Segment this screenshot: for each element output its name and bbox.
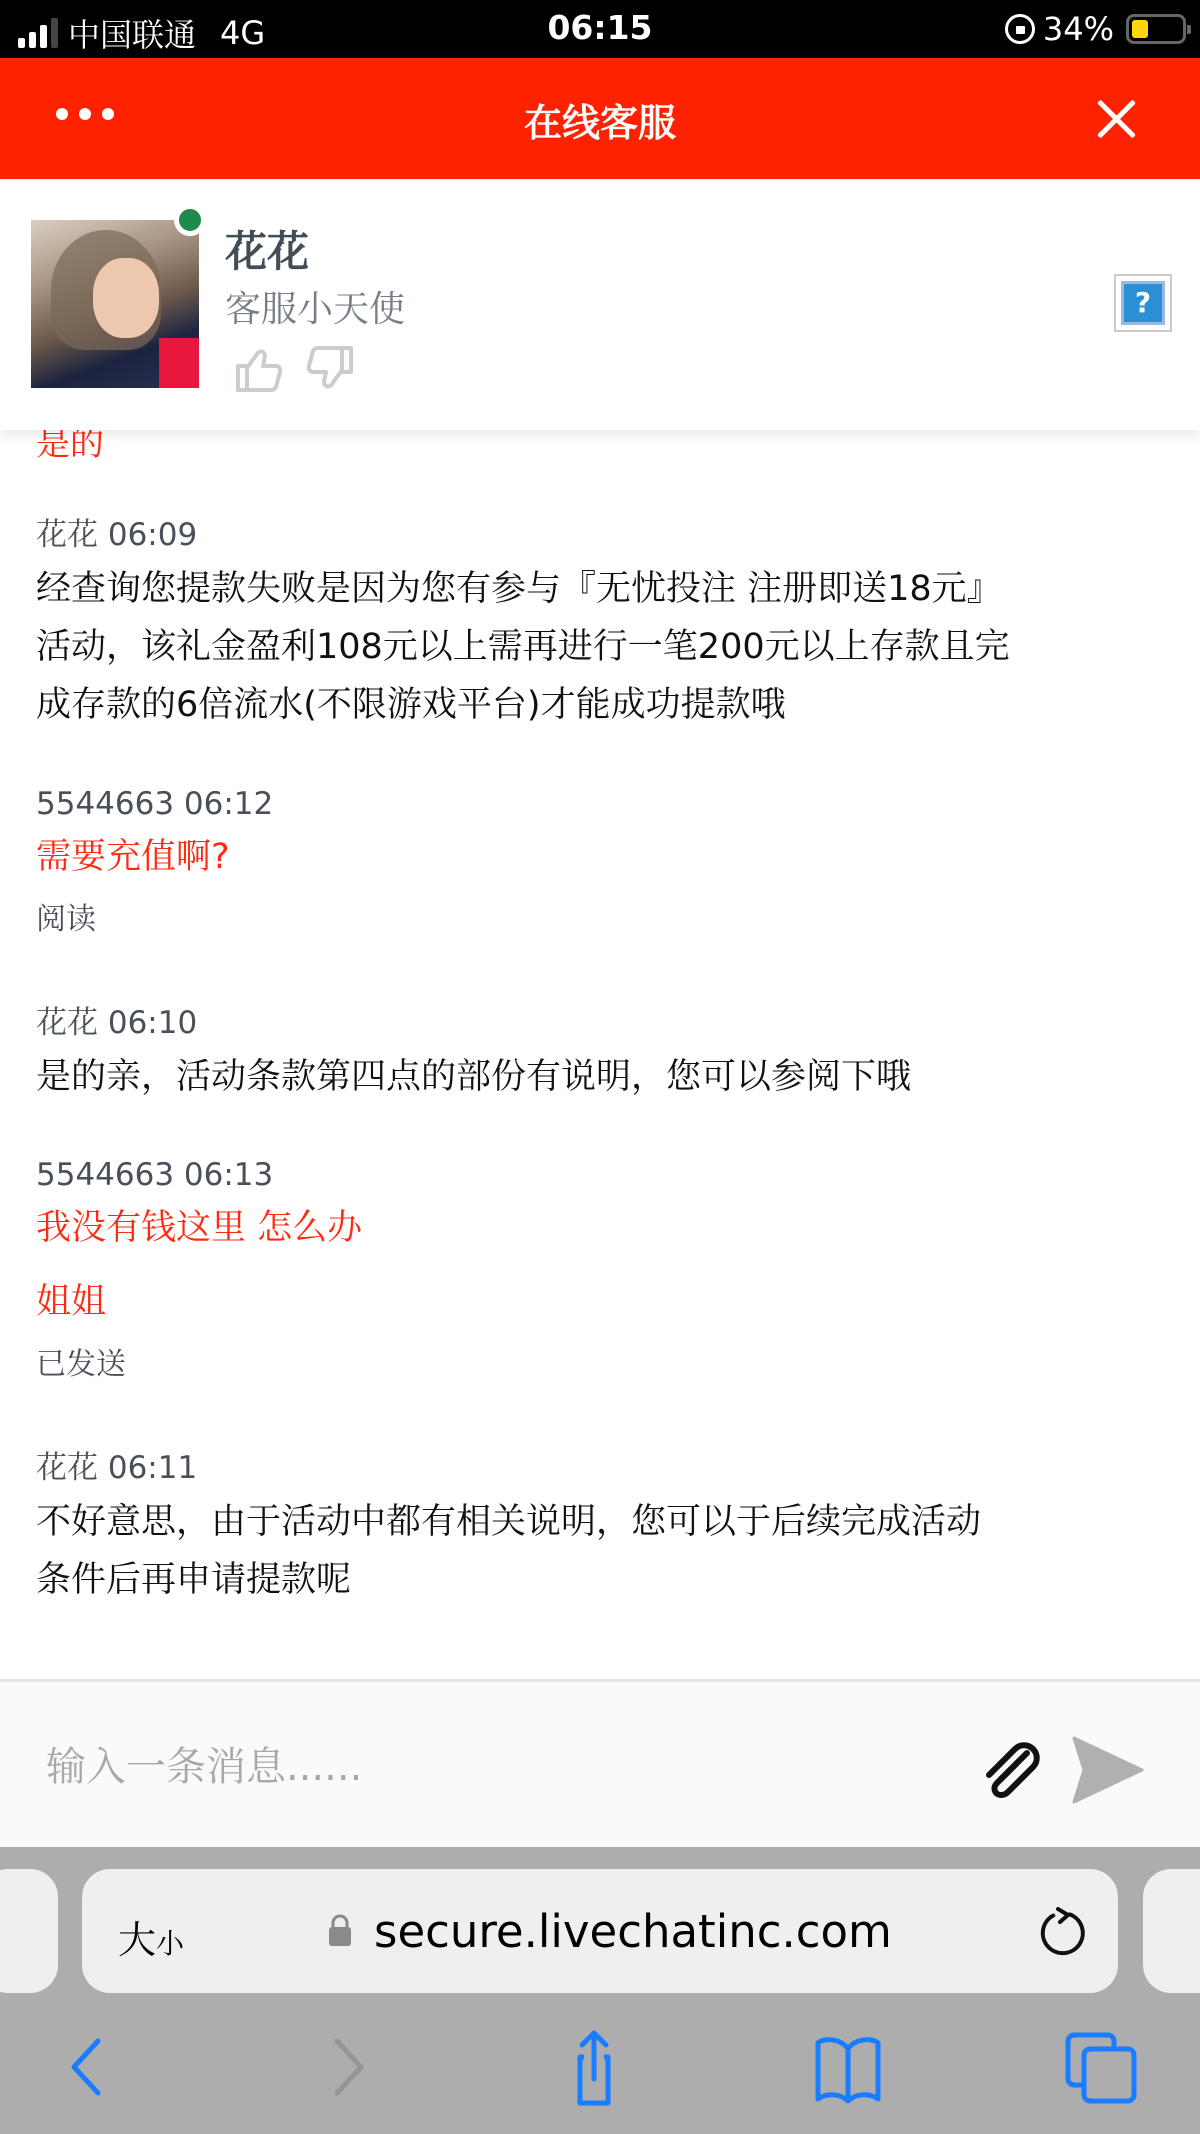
back-icon[interactable] [50, 2027, 130, 2107]
message-composer [0, 1679, 1200, 1847]
previous-tab-peek[interactable] [0, 1869, 58, 1993]
message-meta: 5544663 06:12 [36, 786, 1166, 822]
agent-profile-card: 花花 客服小天使 ? [0, 179, 1200, 430]
message-line: 姐姐 [36, 1273, 1166, 1331]
reload-icon[interactable] [1032, 1905, 1088, 1961]
message-meta: 花花 06:10 [36, 997, 1166, 1042]
message-line: 成存款的6倍流水(不限游戏平台)才能成功提款哦 [36, 676, 1166, 734]
message-line: 是的亲，活动条款第四点的部份有说明，您可以参阅下哦 [36, 1048, 1166, 1106]
lock-icon [328, 1913, 352, 1947]
message-visitor: 5544663 06:13 我没有钱这里 怎么办 姐姐 已发送 [36, 1157, 1166, 1383]
agent-name: 花花 [225, 219, 309, 279]
message-agent: 花花 06:11 不好意思，由于活动中都有相关说明，您可以于后续完成活动 条件后… [36, 1442, 1166, 1609]
help-icon: ? [1121, 281, 1165, 325]
header-title: 在线客服 [0, 92, 1200, 147]
paperclip-icon[interactable] [975, 1737, 1045, 1807]
share-icon[interactable] [554, 2027, 634, 2107]
close-icon[interactable] [1094, 96, 1140, 142]
browser-toolbar: 大小 secure.livechatinc.com [0, 1847, 1200, 2134]
bookmarks-icon[interactable] [808, 2027, 888, 2107]
message-agent: 花花 06:10 是的亲，活动条款第四点的部份有说明，您可以参阅下哦 [36, 997, 1166, 1106]
battery-percent: 34% [1043, 10, 1114, 48]
help-button[interactable]: ? [1114, 274, 1172, 332]
battery-icon [1126, 14, 1186, 44]
message-line: 需要充值啊? [36, 828, 1166, 886]
address-bar[interactable]: 大小 secure.livechatinc.com [82, 1869, 1118, 1993]
thumbs-up-icon[interactable] [234, 344, 284, 394]
tabs-icon[interactable] [1062, 2027, 1142, 2107]
online-status-icon [174, 204, 206, 236]
thumbs-down-icon[interactable] [305, 344, 355, 394]
message-meta: 5544663 06:13 [36, 1157, 1166, 1193]
next-tab-peek[interactable] [1143, 1869, 1200, 1993]
message-line: 经查询您提款失败是因为您有参与『无忧投注 注册即送18元』 [36, 560, 1166, 618]
message-body: 不好意思，由于活动中都有相关说明，您可以于后续完成活动 条件后再申请提款呢 [36, 1493, 1166, 1609]
send-icon[interactable] [1070, 1734, 1145, 1806]
message-body: 经查询您提款失败是因为您有参与『无忧投注 注册即送18元』 活动，该礼金盈利10… [36, 560, 1166, 734]
message-body: 需要充值啊? [36, 828, 1166, 886]
rotation-lock-icon [1005, 14, 1035, 44]
message-line: 不好意思，由于活动中都有相关说明，您可以于后续完成活动 [36, 1493, 1166, 1551]
status-icons: 34% [1005, 10, 1186, 48]
status-bar: 中国联通 4G 06:15 34% [0, 0, 1200, 58]
text-size-button[interactable]: 大小 [118, 1909, 184, 1964]
message-status: 阅读 [36, 894, 1166, 938]
message-status: 已发送 [36, 1339, 1166, 1383]
message-visitor: 5544663 06:12 需要充值啊? 阅读 [36, 786, 1166, 938]
message-meta: 花花 06:11 [36, 1442, 1166, 1487]
message-line: 活动，该礼金盈利108元以上需再进行一笔200元以上存款且完 [36, 618, 1166, 676]
chat-header: 在线客服 [0, 58, 1200, 179]
forward-icon[interactable] [305, 2027, 385, 2107]
message-input[interactable] [46, 1727, 946, 1807]
message-body: 是的亲，活动条款第四点的部份有说明，您可以参阅下哦 [36, 1048, 1166, 1106]
agent-role: 客服小天使 [225, 281, 405, 332]
avatar [31, 220, 199, 388]
message-body: 我没有钱这里 怎么办 姐姐 [36, 1199, 1166, 1331]
message-line: 条件后再申请提款呢 [36, 1551, 1166, 1609]
url-text: secure.livechatinc.com [374, 1905, 892, 1958]
message-meta: 花花 06:09 [36, 509, 1166, 554]
message-line: 我没有钱这里 怎么办 [36, 1199, 1166, 1257]
message-agent: 花花 06:09 经查询您提款失败是因为您有参与『无忧投注 注册即送18元』 活… [36, 509, 1166, 734]
